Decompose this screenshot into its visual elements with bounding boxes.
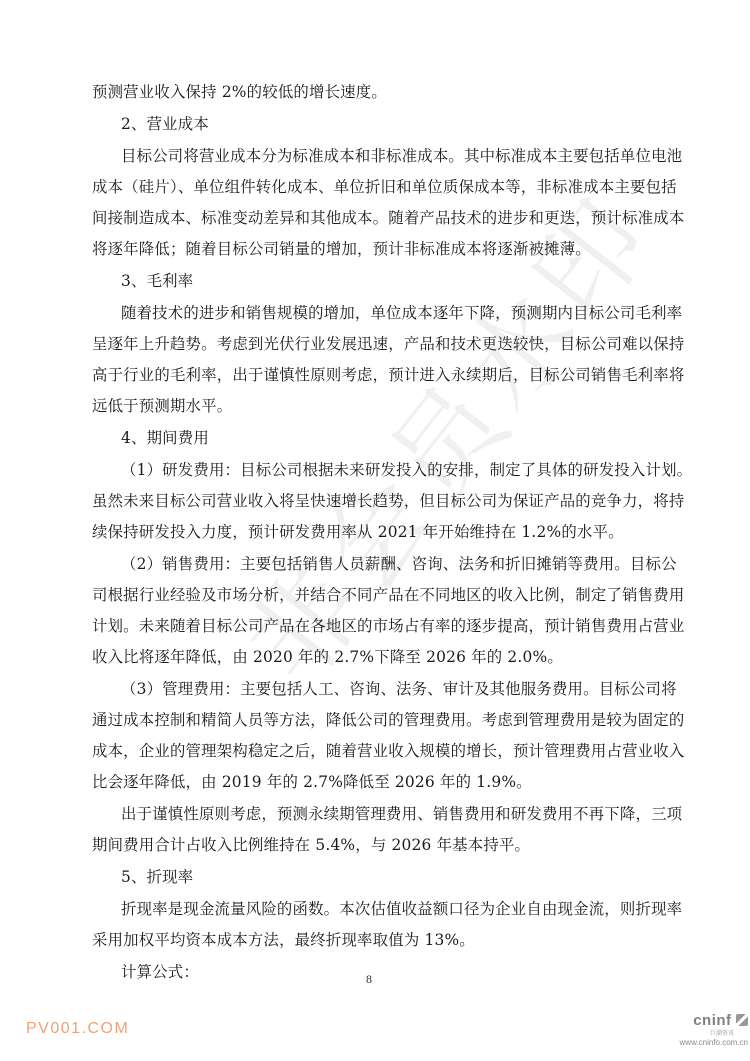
cninf-logo: cninf 巨潮资讯 www.cninfo.com.cn — [668, 1012, 748, 1048]
text-line: 通过成本控制和精简人员等方法，降低公司的管理费用。考虑到管理费用是较为固定的 — [92, 710, 666, 730]
cninf-url: www.cninfo.com.cn — [668, 1038, 748, 1048]
document-page: 非会员水印 预测营业收入保持 2%的较低的增长速度。2、营业成本目标公司将营业成… — [0, 0, 750, 1061]
text-line: 虽然未来目标公司营业收入将呈快速增长趋势，但目标公司为保证产品的竞争力，将持 — [92, 491, 666, 511]
text-line: 期间费用合计占收入比例维持在 5.4%，与 2026 年基本持平。 — [92, 835, 666, 855]
text-line: 收入比将逐年降低，由 2020 年的 2.7%下降至 2026 年的 2.0%。 — [92, 647, 666, 667]
text-line: 随着技术的进步和销售规模的增加，单位成本逐年下降，预测期内目标公司毛利率 — [121, 303, 666, 323]
text-line: 呈逐年上升趋势。考虑到光伏行业发展迅速，产品和技术更迭较快，目标公司难以保持 — [92, 334, 666, 354]
text-line: 采用加权平均资本成本方法，最终折现率取值为 13%。 — [92, 930, 666, 950]
text-line: 计算公式： — [121, 962, 666, 982]
text-line: 2、营业成本 — [121, 114, 666, 134]
text-line: （1）研发费用：目标公司根据未来研发投入的安排，制定了具体的研发投入计划。 — [121, 460, 666, 480]
text-line: 计划。未来随着目标公司产品在各地区的市场占有率的逐步提高，预计销售费用占营业 — [92, 616, 666, 636]
text-line: 4、期间费用 — [121, 428, 666, 448]
text-line: 折现率是现金流量风险的函数。本次估值收益额口径为企业自由现金流，则折现率 — [121, 899, 666, 919]
text-line: 司根据行业经验及市场分析，并结合不同产品在不同地区的收入比例，制定了销售费用 — [92, 585, 666, 605]
text-line: 5、折现率 — [121, 867, 666, 887]
cninf-swirl-icon — [736, 1014, 748, 1026]
text-line: 将逐年降低；随着目标公司销量的增加，预计非标准成本将逐渐被摊薄。 — [92, 239, 666, 259]
text-line: 成本（硅片）、单位组件转化成本、单位折旧和单位质保成本等，非标准成本主要包括 — [92, 177, 666, 197]
text-line: 成本，企业的管理架构稳定之后，随着营业收入规模的增长，预计管理费用占营业收入 — [92, 741, 666, 761]
page-number: 8 — [366, 972, 372, 987]
text-line: 预测营业收入保持 2%的较低的增长速度。 — [92, 82, 666, 102]
cninf-chinese-name: 巨潮资讯 — [668, 1030, 748, 1038]
text-line: 目标公司将营业成本分为标准成本和非标准成本。其中标准成本主要包括单位电池 — [121, 146, 666, 166]
cninf-brand: cninf — [693, 1012, 731, 1029]
text-line: 高于行业的毛利率，出于谨慎性原则考虑，预计进入永续期后，目标公司销售毛利率将 — [92, 365, 666, 385]
text-line: 续保持研发投入力度，预计研发费用率从 2021 年开始维持在 1.2%的水平。 — [92, 522, 666, 542]
pv001-logo: PV001.COM — [26, 1020, 129, 1038]
text-line: 远低于预测期水平。 — [92, 396, 666, 416]
text-line: 比会逐年降低，由 2019 年的 2.7%降低至 2026 年的 1.9%。 — [92, 772, 666, 792]
text-line: 出于谨慎性原则考虑，预测永续期管理费用、销售费用和研发费用不再下降，三项 — [121, 804, 666, 824]
text-line: （2）销售费用：主要包括销售人员薪酬、咨询、法务和折旧摊销等费用。目标公 — [121, 554, 666, 574]
text-line: 间接制造成本、标准变动差异和其他成本。随着产品技术的进步和更迭，预计标准成本 — [92, 208, 666, 228]
text-line: （3）管理费用：主要包括人工、咨询、法务、审计及其他服务费用。目标公司将 — [121, 679, 666, 699]
text-line: 3、毛利率 — [121, 271, 666, 291]
